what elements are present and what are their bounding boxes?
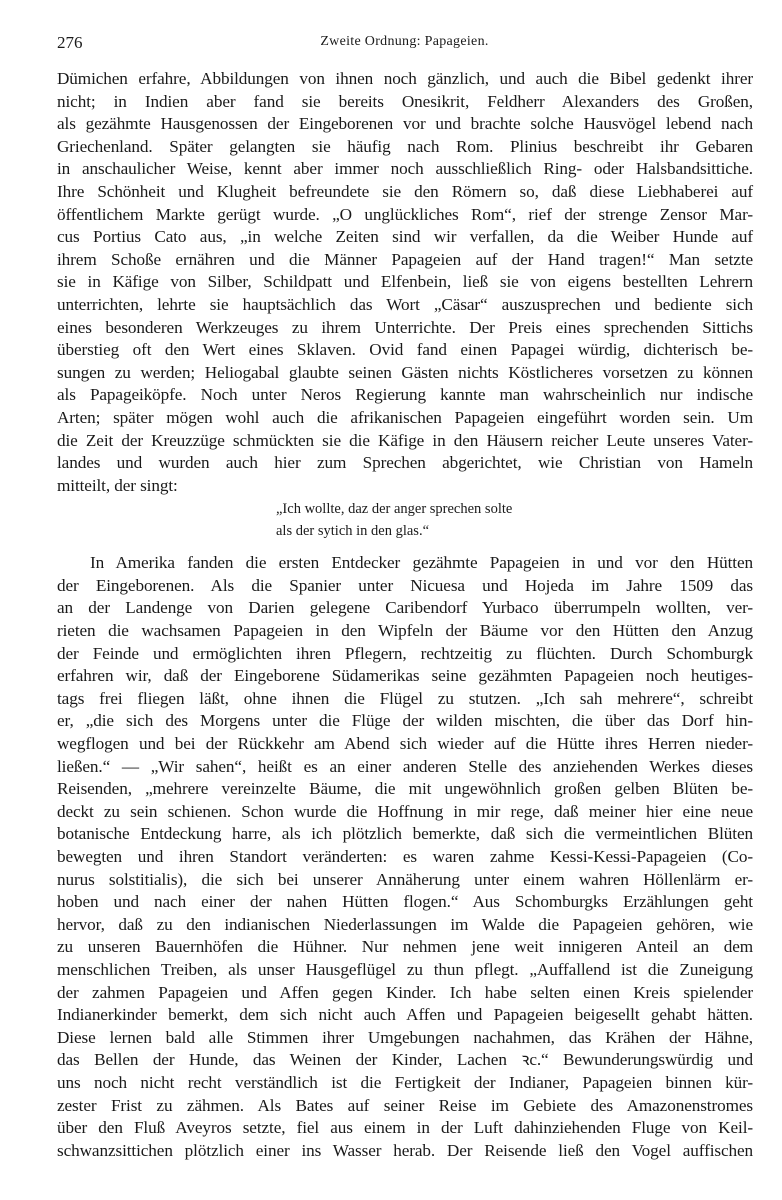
text-line: als Papageiköpfe. Noch unter Neros Regie… [57, 384, 753, 407]
text-line: ihrem Schoße ernähren und die Männer Pap… [57, 249, 753, 272]
text-line: der Eingeborenen. Als die Spanier unter … [57, 575, 753, 598]
text-line: sie in Käfige von Silber, Schildpatt und… [57, 271, 753, 294]
text-line: botanische Entdeckung harre, als ich plö… [57, 823, 753, 846]
text-line: überstieg oft den Wert eines Sklaven. Ov… [57, 339, 753, 362]
text-line: Arten; später mögen wohl auch die afrika… [57, 407, 753, 430]
text-line: tags frei fliegen läßt, ohne ihnen die F… [57, 688, 753, 711]
text-line: an der Landenge von Darien gelegene Cari… [57, 597, 753, 620]
text-line: Indianerkinder bemerkt, dem sich nicht a… [57, 1004, 753, 1027]
text-line: schwanzsittichen plötzlich einer ins Was… [57, 1140, 753, 1163]
body-text: Dümichen erfahre, Abbildungen von ihnen … [57, 68, 753, 1162]
text-line: über den Fluß Aveyros setzte, fiel aus e… [57, 1117, 753, 1140]
poem-quote: „Ich wollte, daz der anger sprechen solt… [57, 498, 753, 542]
text-line: zu unseren Bauernhöfen die Hühner. Nur n… [57, 936, 753, 959]
text-line: in anschaulicher Weise, kennt aber immer… [57, 158, 753, 181]
text-line: öffentlichem Markte gerügt wurde. „O ung… [57, 204, 753, 227]
text-line: wegflogen und bei der Rückkehr am Abend … [57, 733, 753, 756]
text-line: menschlichen Treiben, als unser Hausgefl… [57, 959, 753, 982]
text-line: der Feinde und ermöglichten ihren Pflege… [57, 643, 753, 666]
text-line: Ihre Schönheit und Klugheit befreundete … [57, 181, 753, 204]
text-line: Dümichen erfahre, Abbildungen von ihnen … [57, 68, 753, 91]
text-line: ließen.“ — „Wir sahen“, heißt es an eine… [57, 756, 753, 779]
poem-line: als der sytich in den glas.“ [276, 520, 753, 542]
running-head: 276 Zweite Ordnung: Papageien. [57, 33, 752, 55]
text-line: In Amerika fanden die ersten Entdecker g… [57, 552, 753, 575]
text-line: unterrichten, lehrte sie hauptsächlich d… [57, 294, 753, 317]
text-line: Griechenland. Später gelangten sie häufi… [57, 136, 753, 159]
text-line: cus Portius Cato aus, „in welche Zeiten … [57, 226, 753, 249]
text-line: das Bellen der Hunde, das Weinen der Kin… [57, 1049, 753, 1072]
poem-line: „Ich wollte, daz der anger sprechen solt… [276, 498, 753, 520]
text-line: erfahren wir, daß der Eingeborene Südame… [57, 665, 753, 688]
text-line: zester Frist zu zähmen. Als Bates auf se… [57, 1095, 753, 1118]
text-line: Diese lernen bald alle Stimmen ihrer Umg… [57, 1027, 753, 1050]
text-line: uns noch nicht recht verständlich ist di… [57, 1072, 753, 1095]
text-line: nicht; in Indien aber fand sie bereits O… [57, 91, 753, 114]
paragraph-2: In Amerika fanden die ersten Entdecker g… [57, 552, 753, 1162]
text-line: rieten die wachsamen Papageien in den Wi… [57, 620, 753, 643]
text-line: er, „die sich des Morgens unter die Flüg… [57, 710, 753, 733]
text-line: der zahmen Papageien und Affen gegen Kin… [57, 982, 753, 1005]
text-line: als gezähmte Hausgenossen der Eingeboren… [57, 113, 753, 136]
text-line: die Zeit der Kreuzzüge schmückten sie di… [57, 430, 753, 453]
running-title: Zweite Ordnung: Papageien. [57, 34, 752, 50]
book-page: 276 Zweite Ordnung: Papageien. Dümichen … [0, 0, 782, 1200]
text-line: eines besonderen Werkzeuges zu ihrem Unt… [57, 317, 753, 340]
text-line: mitteilt, der singt: [57, 475, 753, 498]
text-line: nurus solstitialis), die sich bei unsere… [57, 869, 753, 892]
text-line: sungen zu werden; Heliogabal glaubte sei… [57, 362, 753, 385]
text-line: deckt zu sein schienen. Schon wurde die … [57, 801, 753, 824]
text-line: landes und wurden auch hier zum Sprechen… [57, 452, 753, 475]
paragraph-1: Dümichen erfahre, Abbildungen von ihnen … [57, 68, 753, 497]
text-line: hervor, daß zu den indianischen Niederla… [57, 914, 753, 937]
text-line: hoben und nach einer der nahen Hütten fl… [57, 891, 753, 914]
text-line: Reisenden, „mehrere vereinzelte Bäume, d… [57, 778, 753, 801]
text-line: bewegten und ihren Standort veränderten:… [57, 846, 753, 869]
